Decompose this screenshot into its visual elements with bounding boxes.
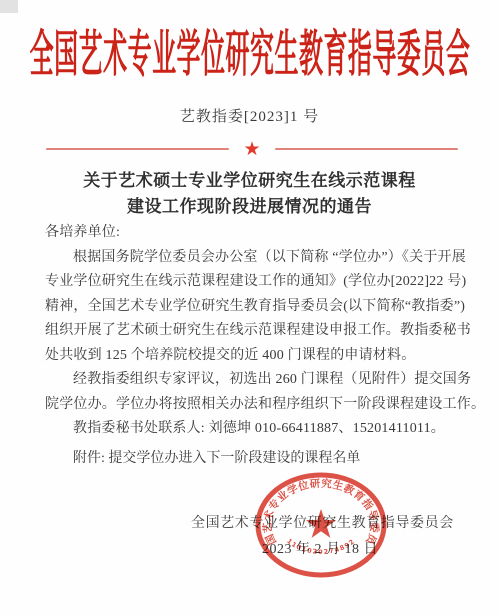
header-divider: ★ (46, 138, 458, 160)
body-line: 处共收到 125 个培养院校提交的近 400 门课程的申请材料。 (45, 344, 459, 369)
salutation: 各培养单位: (45, 221, 459, 246)
notice-title-line1: 关于艺术硕士专业学位研究生在线示范课程 (0, 168, 499, 194)
star-icon: ★ (229, 140, 274, 159)
svg-text:全国艺术专业学位研究生教育指导委员会: 全国艺术专业学位研究生教育指导委员会 (251, 468, 381, 548)
body-line: 教指委秘书处联系人: 刘德坤 010-66411887、15201411011。 (45, 417, 459, 442)
body-line: 经教指委组织专家评议，初选出 260 门课程（见附件）提交国务 (45, 368, 459, 393)
body-line: 院学位办。学位办将按照相关办法和程序组织下一阶段课程建设工作。 (45, 393, 459, 418)
seal-star-icon (306, 509, 336, 538)
notice-title-line2: 建设工作现阶段进展情况的通告 (0, 194, 499, 220)
divider-line-right (275, 148, 458, 150)
seal-ring-text: 全国艺术专业学位研究生教育指导委员会 (251, 468, 381, 548)
body-line: 组织开展了艺术硕士研究生在线示范课程建设申报工作。教指委秘书 (45, 319, 459, 344)
body-line: 精神，全国艺术专业学位研究生教育指导委员会(以下简称“教指委”) (45, 295, 459, 320)
body-text: 各培养单位: 根据国务院学位委员会办公室（以下简称 “学位办”）《关于开展 专业… (45, 221, 459, 442)
official-seal: 全国艺术专业学位研究生教育指导委员会 1101020274892 (251, 468, 391, 582)
body-line: 专业学位研究生在线示范课程建设工作的通知》(学位办[2022]22 号) (45, 270, 459, 295)
scan-artifact (0, 0, 18, 13)
seal-serial-number: 1101020274892 (285, 537, 357, 556)
doc-number: 艺教指委[2023]1 号 (0, 105, 499, 126)
divider-line-left (46, 148, 229, 150)
attachment-line: 附件: 提交学位办进入下一阶段建设的课程名单 (45, 447, 459, 467)
svg-text:1101020274892: 1101020274892 (285, 537, 357, 556)
notice-title: 关于艺术硕士专业学位研究生在线示范课程 建设工作现阶段进展情况的通告 (0, 168, 499, 220)
org-title: 全国艺术专业学位研究生教育指导委员会 (29, 26, 470, 82)
document-page: 全国艺术专业学位研究生教育指导委员会 艺教指委[2023]1 号 ★ 关于艺术硕… (0, 0, 499, 616)
body-line: 根据国务院学位委员会办公室（以下简称 “学位办”）《关于开展 (45, 246, 459, 271)
org-title-text: 全国艺术专业学位研究生教育指导委员会 (29, 26, 470, 82)
